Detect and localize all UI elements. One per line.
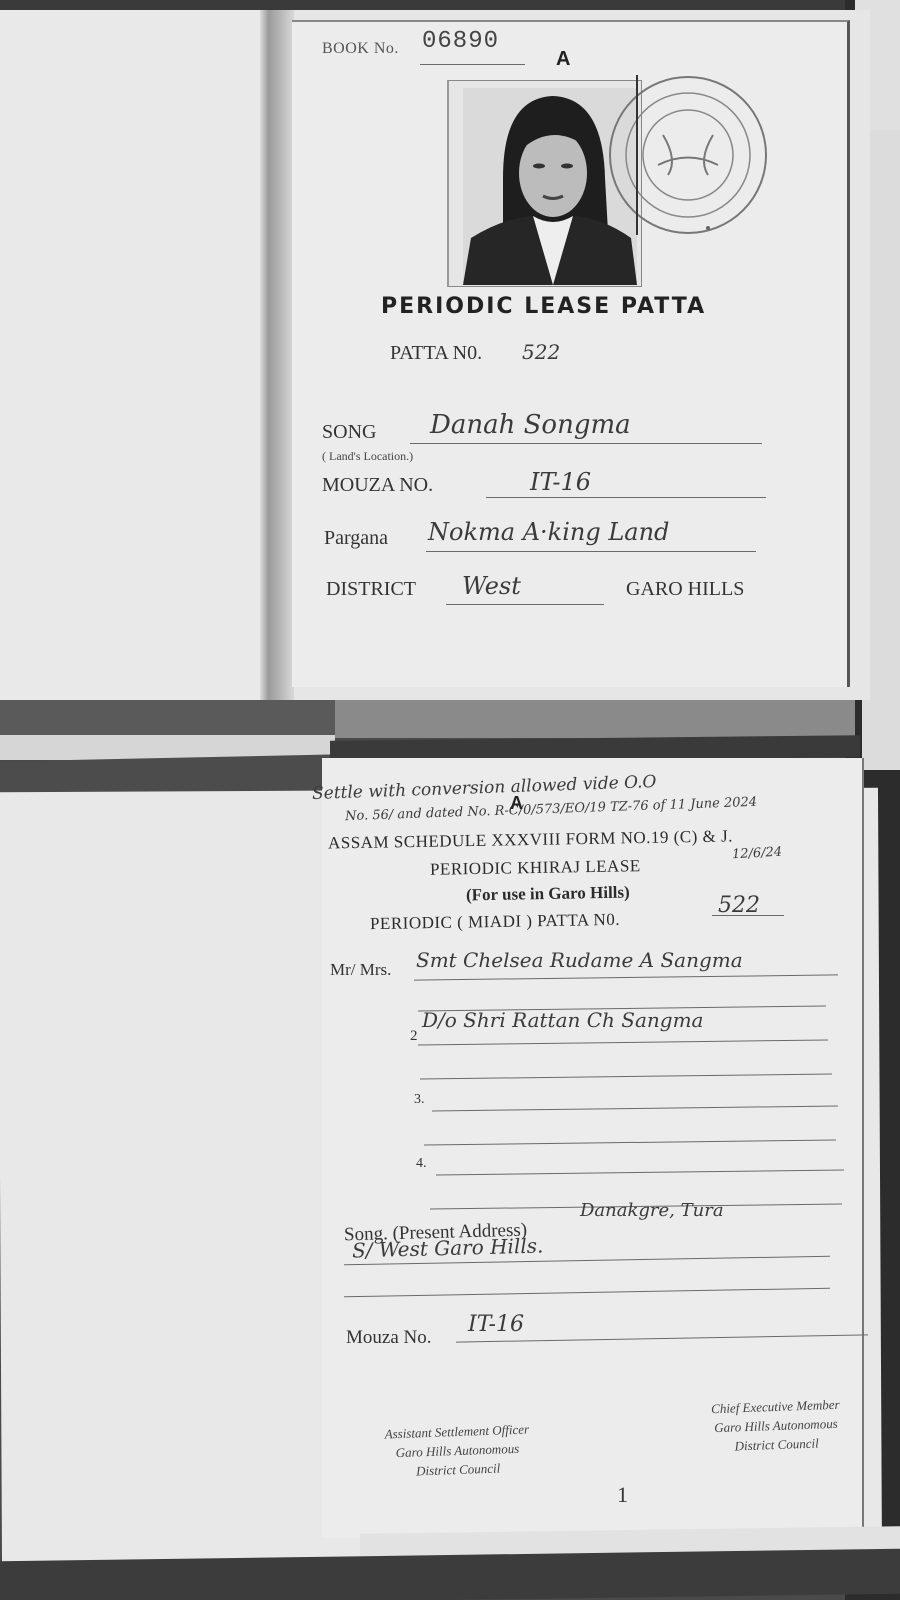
left-blank-page <box>0 10 262 700</box>
holder-4-index: 4. <box>416 1156 427 1172</box>
page-title: PERIODIC LEASE PATTA <box>381 294 706 319</box>
mouza-label: MOUZA NO. <box>322 474 433 497</box>
present-address-line-1: Danakgre, Tura <box>580 1200 724 1221</box>
series-letter-lower: A <box>510 793 523 814</box>
present-address-line-2: S/ West Garo Hills. <box>352 1233 544 1262</box>
holder-label: Mr/ Mrs. <box>330 960 391 980</box>
song-sublabel: ( Land's Location.) <box>322 449 413 464</box>
holder-3-index: 3. <box>414 1092 425 1108</box>
book-no-underline <box>420 64 525 65</box>
patta-no-label: PATTA N0. <box>390 342 482 365</box>
mouza-label-lower: Mouza No. <box>346 1327 431 1349</box>
mouza-value: IT-16 <box>530 468 591 496</box>
holder-2-index: 2 <box>410 1028 418 1045</box>
pargana-label: Pargana <box>324 527 388 550</box>
mouza-underline <box>486 497 766 498</box>
signatory-right: Chief Executive Member Garo Hills Autono… <box>675 1394 877 1458</box>
form-title: PERIODIC KHIRAJ LEASE <box>430 856 641 880</box>
patta-line-underline <box>712 915 784 916</box>
seal-stamp-icon <box>588 65 768 245</box>
grey-band <box>335 700 855 738</box>
patta-no-value: 522 <box>522 340 560 364</box>
district-suffix: GARO HILLS <box>626 578 744 601</box>
pargana-value: Nokma A·king Land <box>428 518 669 546</box>
district-underline <box>446 604 604 605</box>
song-value: Danah Songma <box>430 410 631 440</box>
book-no-value: 06890 <box>422 28 499 55</box>
booklet-spine <box>260 10 294 700</box>
song-underline <box>410 443 762 444</box>
council-seal <box>588 65 768 245</box>
book-no-label: BOOK No. <box>322 40 399 58</box>
district-label: DISTRICT <box>326 578 416 601</box>
mouza-value-lower: IT-16 <box>468 1312 524 1337</box>
handwritten-annotation-date: 12/6/24 <box>732 845 783 863</box>
signatory-left: Assistant Settlement Officer Garo Hills … <box>354 1418 561 1482</box>
song-label: SONG <box>322 421 376 444</box>
holder-2-value: D/o Shri Rattan Ch Sangma <box>422 1008 703 1032</box>
district-value: West <box>462 572 521 600</box>
series-letter: A <box>556 48 570 71</box>
form-subtitle: (For use in Garo Hills) <box>466 883 630 906</box>
page-number: 1 <box>617 1482 628 1508</box>
dark-band <box>0 700 335 735</box>
holder-1-value: Smt Chelsea Rudame A Sangma <box>416 948 743 972</box>
pargana-underline <box>426 551 756 552</box>
